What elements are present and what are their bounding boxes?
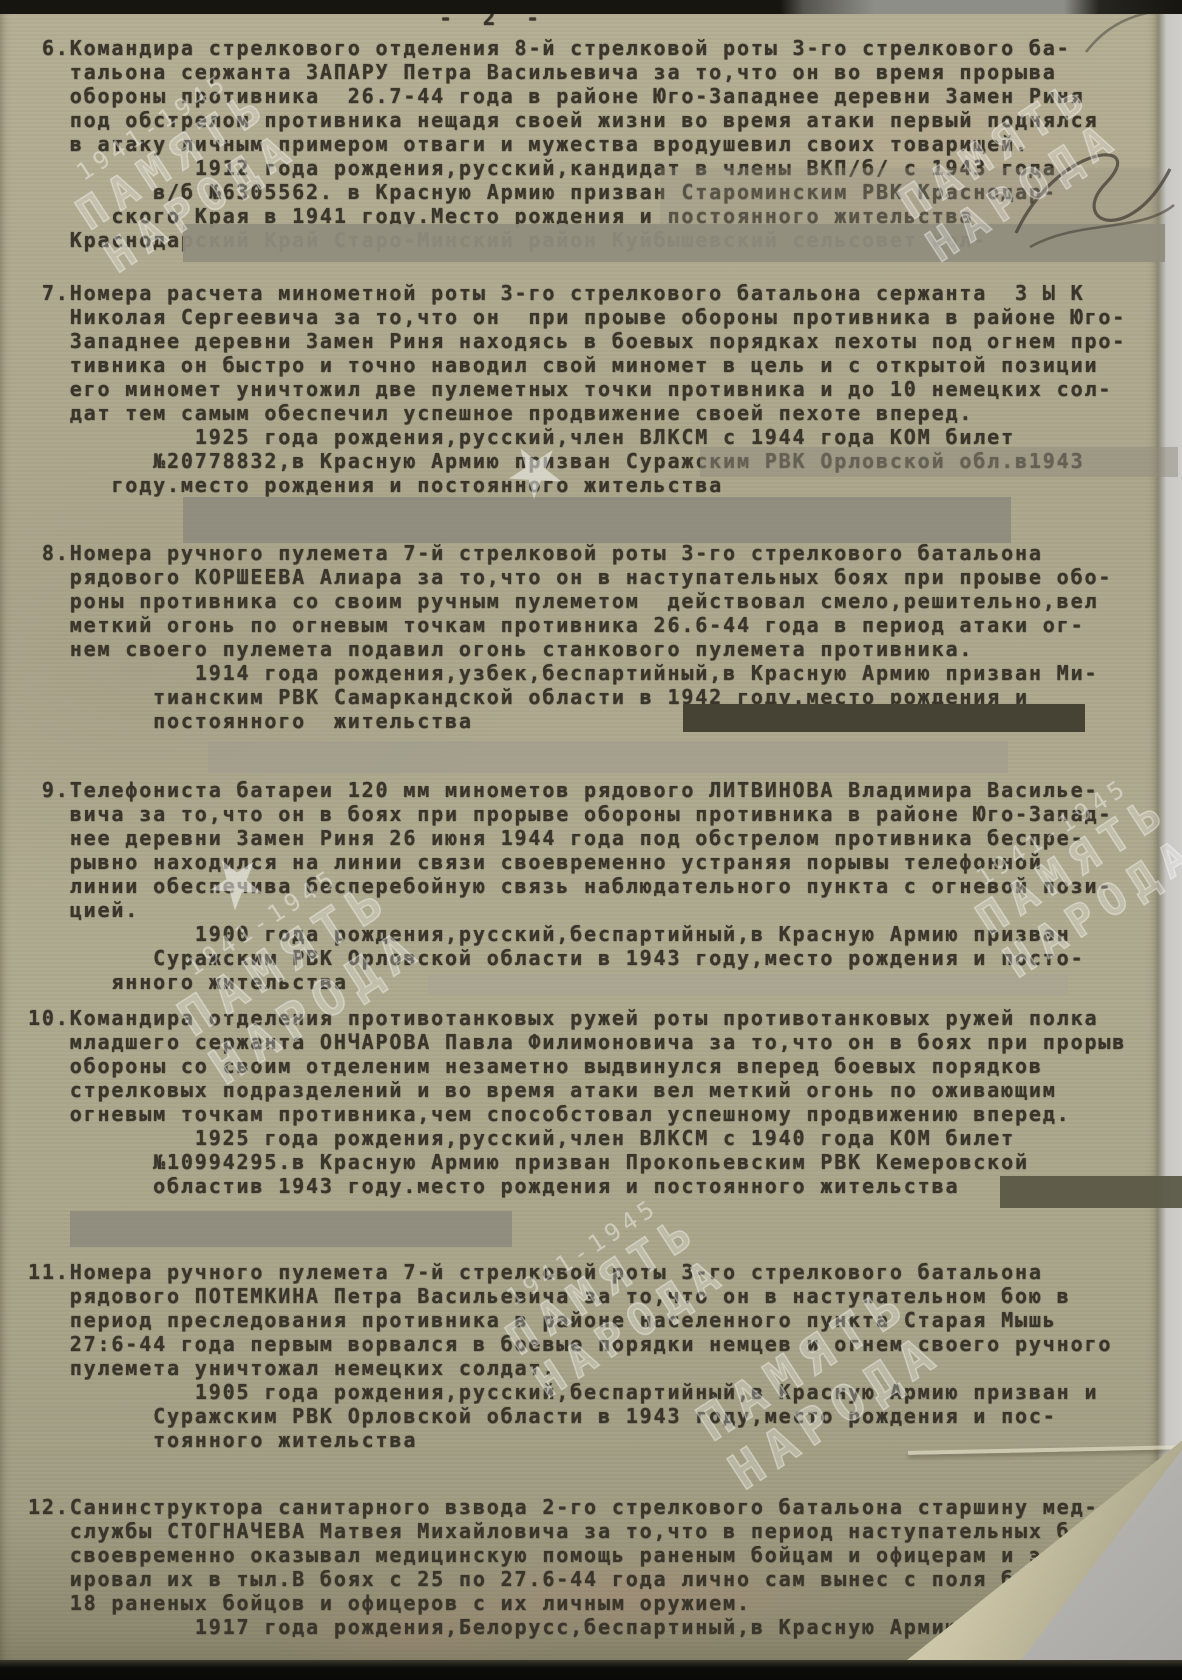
redaction-smudge	[428, 974, 1068, 996]
redaction-bar	[1000, 1176, 1182, 1208]
award-item-12: 12.Санинструктора санитарного взвода 2-г…	[28, 1495, 1112, 1639]
scan-edge-bottom	[0, 1660, 1182, 1680]
award-item-9: 9.Телефониста батареи 120 мм минометов р…	[28, 778, 1112, 994]
award-item-11: 11.Номера ручного пулемета 7-й стрелково…	[28, 1260, 1112, 1452]
pen-mark	[1010, 135, 1178, 255]
redaction-bar	[208, 741, 1008, 773]
redaction-smudge	[700, 447, 1178, 477]
redaction-bar	[70, 1211, 512, 1247]
scan-edge-top	[0, 0, 1182, 14]
redaction-bar	[683, 704, 1085, 732]
document-scan: - 2 - 6.Командира стрелкового отделения …	[0, 0, 1182, 1680]
redaction-bar	[183, 497, 1011, 543]
award-item-10: 10.Командира отделения противотанковых р…	[28, 1006, 1126, 1198]
